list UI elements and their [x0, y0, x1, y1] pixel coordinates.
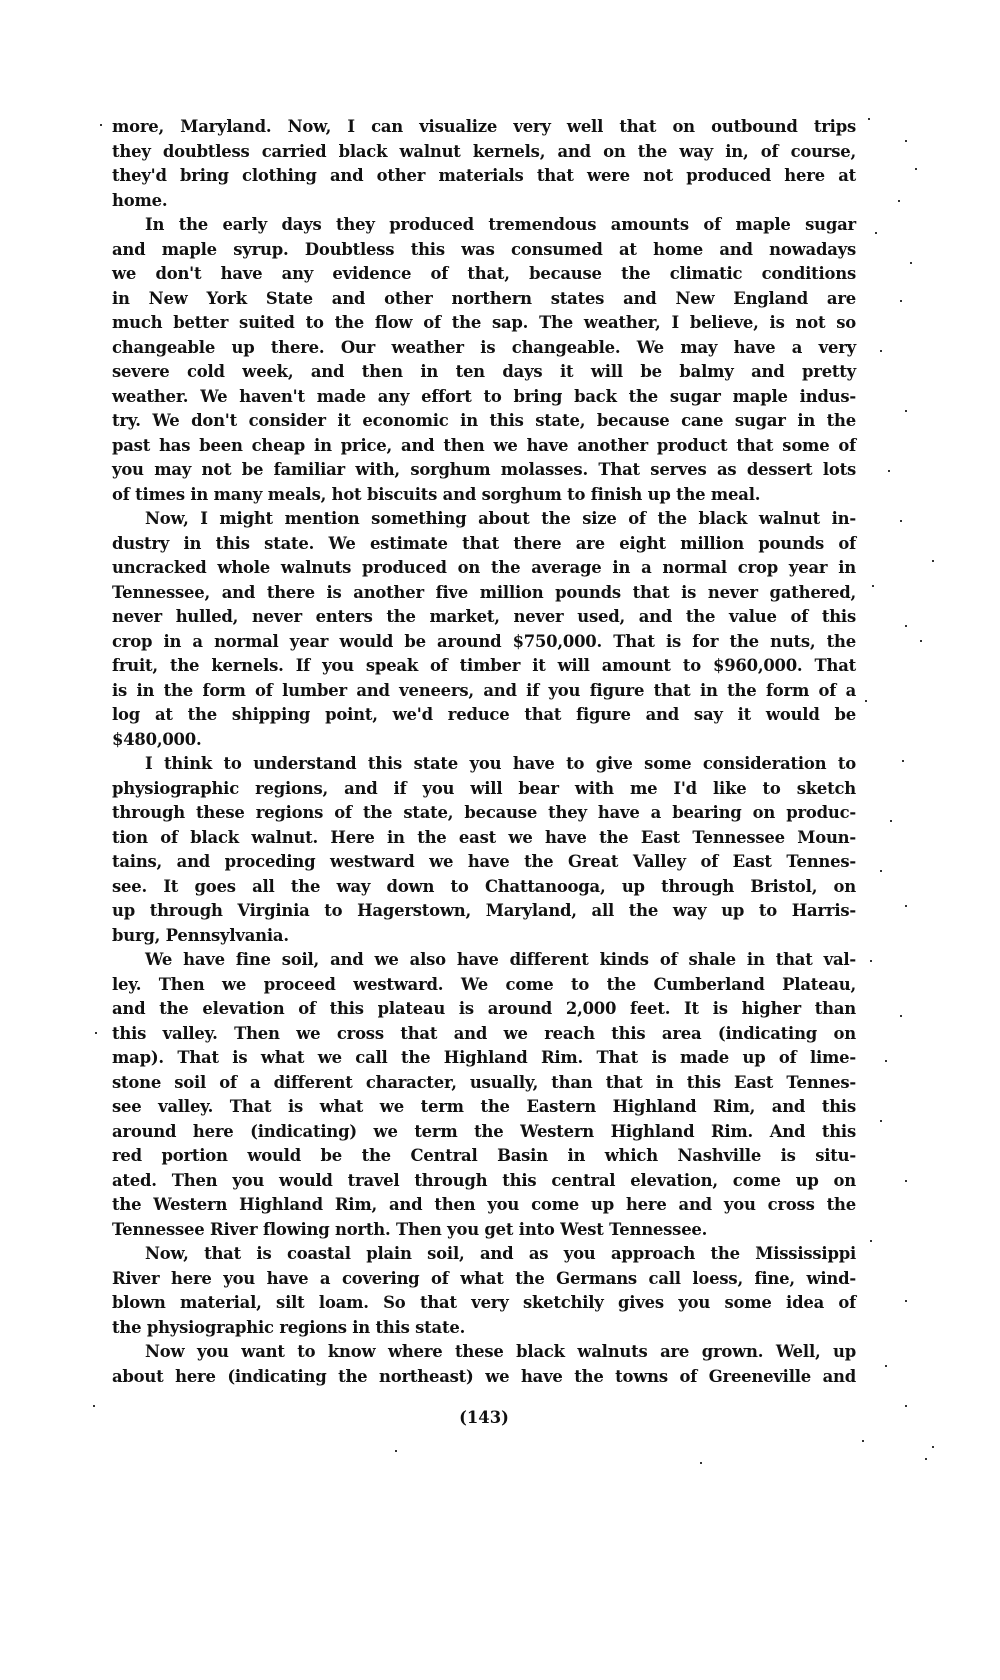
text-line: tion of black walnut. Here in the east w… [112, 826, 856, 851]
text-line: never hulled, never enters the market, n… [112, 605, 856, 630]
text-line: blown material, silt loam. So that very … [112, 1291, 856, 1316]
text-line: see. It goes all the way down to Chattan… [112, 875, 856, 900]
scan-speck [905, 625, 907, 627]
text-line: through these regions of the state, beca… [112, 801, 856, 826]
scan-speck [932, 560, 934, 562]
text-line: fruit, the kernels. If you speak of timb… [112, 654, 856, 679]
scan-speck [93, 1405, 95, 1407]
text-line: physiographic regions, and if you will b… [112, 777, 856, 802]
text-line: uncracked whole walnuts produced on the … [112, 556, 856, 581]
text-line: stone soil of a different character, usu… [112, 1071, 856, 1096]
page-number: (143) [0, 1408, 968, 1427]
scan-speck [890, 820, 892, 822]
text-line: weather. We haven't made any effort to b… [112, 385, 856, 410]
text-line: log at the shipping point, we'd reduce t… [112, 703, 856, 728]
text-line: Now, I might mention something about the… [112, 507, 856, 532]
scan-speck [932, 1446, 934, 1448]
scan-speck [885, 1060, 887, 1062]
scan-speck [868, 118, 870, 120]
text-line: and the elevation of this plateau is aro… [112, 997, 856, 1022]
scan-speck [95, 1032, 97, 1034]
scan-speck [865, 700, 867, 702]
scan-speck [885, 1365, 887, 1367]
scan-speck [905, 905, 907, 907]
text-line: map). That is what we call the Highland … [112, 1046, 856, 1071]
scan-speck [905, 410, 907, 412]
text-line: River here you have a covering of what t… [112, 1267, 856, 1292]
text-line: this valley. Then we cross that and we r… [112, 1022, 856, 1047]
scan-speck [880, 870, 882, 872]
scan-speck [925, 1458, 927, 1460]
paragraph: In the early days they produced tremendo… [112, 213, 856, 507]
text-line: try. We don't consider it economic in th… [112, 409, 856, 434]
text-line: up through Virginia to Hagerstown, Maryl… [112, 899, 856, 924]
text-line: ated. Then you would travel through this… [112, 1169, 856, 1194]
scan-speck [905, 1300, 907, 1302]
text-line: Tennessee River flowing north. Then you … [112, 1218, 856, 1243]
scan-speck [905, 140, 907, 142]
text-line: about here (indicating the northeast) we… [112, 1365, 856, 1390]
text-line: much better suited to the flow of the sa… [112, 311, 856, 336]
text-line: dustry in this state. We estimate that t… [112, 532, 856, 557]
text-line: is in the form of lumber and veneers, an… [112, 679, 856, 704]
text-line: of times in many meals, hot biscuits and… [112, 483, 856, 508]
text-line: in New York State and other northern sta… [112, 287, 856, 312]
scan-speck [900, 1015, 902, 1017]
scan-speck [905, 1180, 907, 1182]
scan-speck [880, 350, 882, 352]
scan-speck [910, 262, 912, 264]
text-line: crop in a normal year would be around $7… [112, 630, 856, 655]
text-line: more, Maryland. Now, I can visualize ver… [112, 115, 856, 140]
paragraph: more, Maryland. Now, I can visualize ver… [112, 115, 856, 213]
text-line: and maple syrup. Doubtless this was cons… [112, 238, 856, 263]
text-line: the physiographic regions in this state. [112, 1316, 856, 1341]
text-line: they'd bring clothing and other material… [112, 164, 856, 189]
scan-speck [700, 1462, 702, 1464]
text-line: We have fine soil, and we also have diff… [112, 948, 856, 973]
scanned-page: more, Maryland. Now, I can visualize ver… [0, 0, 1000, 1680]
text-line: Tennessee, and there is another five mil… [112, 581, 856, 606]
scan-speck [920, 640, 922, 642]
paragraph: Now you want to know where these black w… [112, 1340, 856, 1389]
text-line: I think to understand this state you hav… [112, 752, 856, 777]
body-text-column: more, Maryland. Now, I can visualize ver… [112, 115, 856, 1389]
scan-speck [888, 470, 890, 472]
scan-speck [870, 1240, 872, 1242]
scan-speck [898, 200, 900, 202]
text-line: $480,000. [112, 728, 856, 753]
scan-speck [100, 124, 102, 126]
text-line: Now you want to know where these black w… [112, 1340, 856, 1365]
scan-speck [872, 585, 874, 587]
text-line: the Western Highland Rim, and then you c… [112, 1193, 856, 1218]
scan-speck [880, 1120, 882, 1122]
scan-speck [900, 300, 902, 302]
paragraph: I think to understand this state you hav… [112, 752, 856, 948]
scan-speck [905, 1405, 907, 1407]
paragraph: Now, that is coastal plain soil, and as … [112, 1242, 856, 1340]
text-line: see valley. That is what we term the Eas… [112, 1095, 856, 1120]
text-line: red portion would be the Central Basin i… [112, 1144, 856, 1169]
paragraph: We have fine soil, and we also have diff… [112, 948, 856, 1242]
paragraph: Now, I might mention something about the… [112, 507, 856, 752]
text-line: around here (indicating) we term the Wes… [112, 1120, 856, 1145]
text-line: severe cold week, and then in ten days i… [112, 360, 856, 385]
text-line: ley. Then we proceed westward. We come t… [112, 973, 856, 998]
text-line: we don't have any evidence of that, beca… [112, 262, 856, 287]
text-line: they doubtless carried black walnut kern… [112, 140, 856, 165]
scan-speck [900, 520, 902, 522]
text-line: home. [112, 189, 856, 214]
text-line: changeable up there. Our weather is chan… [112, 336, 856, 361]
scan-speck [870, 960, 872, 962]
scan-speck [395, 1450, 397, 1452]
text-line: past has been cheap in price, and then w… [112, 434, 856, 459]
text-line: burg, Pennsylvania. [112, 924, 856, 949]
text-line: tains, and proceding westward we have th… [112, 850, 856, 875]
scan-speck [915, 168, 917, 170]
scan-speck [875, 232, 877, 234]
text-line: you may not be familiar with, sorghum mo… [112, 458, 856, 483]
scan-speck [902, 760, 904, 762]
text-line: In the early days they produced tremendo… [112, 213, 856, 238]
text-line: Now, that is coastal plain soil, and as … [112, 1242, 856, 1267]
scan-speck [862, 1440, 864, 1442]
